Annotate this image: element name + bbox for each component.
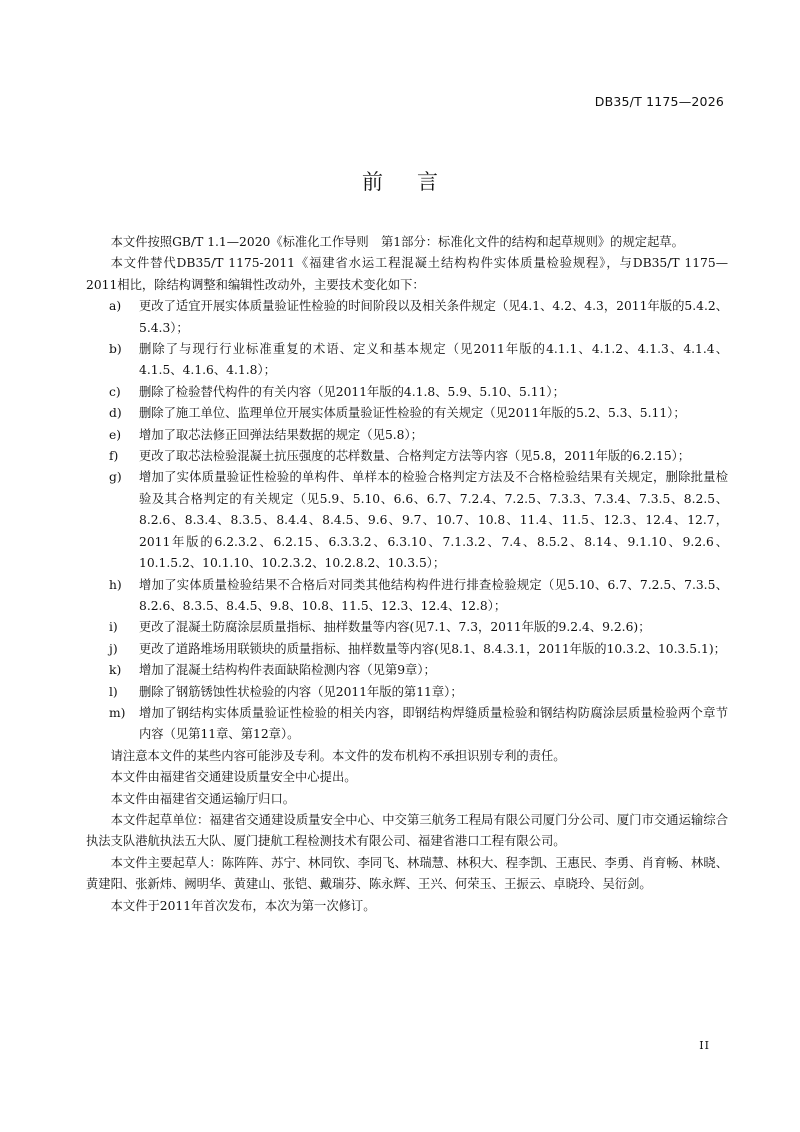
paragraph-drafting-units: 本文件起草单位：福建省交通建设质量安全中心、中交第三航务工程局有限公司厦门分公司…: [86, 810, 728, 853]
list-text: 增加了钢结构实体质量验证性检验的相关内容，即钢结构焊缝质量检验和钢结构防腐涂层质…: [139, 703, 728, 746]
list-text: 更改了道路堆场用联锁块的质量指标、抽样数量等内容(见8.1、8.4.3.1，20…: [139, 639, 728, 660]
paragraph-administrator: 本文件由福建省交通运输厅归口。: [86, 789, 728, 810]
changes-list: a)更改了适宜开展实体质量验证性检验的时间阶段以及相关条件规定（见4.1、4.2…: [86, 296, 728, 746]
list-marker: h): [109, 575, 139, 618]
list-item: e)增加了取芯法修正回弹法结果数据的规定（见5.8）；: [109, 425, 728, 446]
list-text: 增加了取芯法修正回弹法结果数据的规定（见5.8）；: [139, 425, 728, 446]
list-text: 增加了混凝土结构构件表面缺陷检测内容（见第9章）；: [139, 660, 728, 681]
list-text: 删除了与现行行业标准重复的术语、定义和基本规定（见2011年版的4.1.1、4.…: [139, 339, 728, 382]
paragraph-patent-notice: 请注意本文件的某些内容可能涉及专利。本文件的发布机构不承担识别专利的责任。: [86, 746, 728, 767]
paragraph-replacement: 本文件替代DB35/T 1175-2011《福建省水运工程混凝土结构构件实体质量…: [86, 253, 728, 296]
list-item: a)更改了适宜开展实体质量验证性检验的时间阶段以及相关条件规定（见4.1、4.2…: [109, 296, 728, 339]
list-marker: i): [109, 617, 139, 638]
list-text: 更改了取芯法检验混凝土抗压强度的芯样数量、合格判定方法等内容（见5.8，2011…: [139, 446, 728, 467]
page-title: 前言: [0, 166, 800, 196]
list-marker: d): [109, 403, 139, 424]
list-item: h)增加了实体质量检验结果不合格后对同类其他结构构件进行排查检验规定（见5.10…: [109, 575, 728, 618]
list-item: b)删除了与现行行业标准重复的术语、定义和基本规定（见2011年版的4.1.1、…: [109, 339, 728, 382]
paragraph-drafters: 本文件主要起草人：陈阵阵、苏宁、林同钦、李同飞、林瑞慧、林积大、程李凯、王惠民、…: [86, 853, 728, 896]
list-text: 更改了混凝土防腐涂层质量指标、抽样数量等内容(见7.1、7.3，2011年版的9…: [139, 617, 728, 638]
list-marker: a): [109, 296, 139, 339]
list-item: g)增加了实体质量验证性检验的单构件、单样本的检验合格判定方法及不合格检验结果有…: [109, 467, 728, 574]
list-marker: c): [109, 382, 139, 403]
list-text: 增加了实体质量检验结果不合格后对同类其他结构构件进行排查检验规定（见5.10、6…: [139, 575, 728, 618]
list-marker: e): [109, 425, 139, 446]
list-item: d)删除了施工单位、监理单位开展实体质量验证性检验的有关规定（见2011年版的5…: [109, 403, 728, 424]
list-marker: g): [109, 467, 139, 574]
foreword-body: 本文件按照GB/T 1.1—2020《标准化工作导则 第1部分：标准化文件的结构…: [86, 232, 728, 917]
list-text: 删除了钢筋锈蚀性状检验的内容（见2011年版的第11章）；: [139, 682, 728, 703]
list-text: 增加了实体质量验证性检验的单构件、单样本的检验合格判定方法及不合格检验结果有关规…: [139, 467, 728, 574]
list-item: m)增加了钢结构实体质量验证性检验的相关内容，即钢结构焊缝质量检验和钢结构防腐涂…: [109, 703, 728, 746]
page-number: II: [699, 1039, 710, 1052]
paragraph-proposer: 本文件由福建省交通建设质量安全中心提出。: [86, 767, 728, 788]
list-item: k)增加了混凝土结构构件表面缺陷检测内容（见第9章）；: [109, 660, 728, 681]
list-item: j)更改了道路堆场用联锁块的质量指标、抽样数量等内容(见8.1、8.4.3.1，…: [109, 639, 728, 660]
list-item: f)更改了取芯法检验混凝土抗压强度的芯样数量、合格判定方法等内容（见5.8，20…: [109, 446, 728, 467]
list-marker: k): [109, 660, 139, 681]
paragraph-drafting-rules: 本文件按照GB/T 1.1—2020《标准化工作导则 第1部分：标准化文件的结构…: [86, 232, 728, 253]
list-text: 更改了适宜开展实体质量验证性检验的时间阶段以及相关条件规定（见4.1、4.2、4…: [139, 296, 728, 339]
list-text: 删除了施工单位、监理单位开展实体质量验证性检验的有关规定（见2011年版的5.2…: [139, 403, 728, 424]
list-item: i)更改了混凝土防腐涂层质量指标、抽样数量等内容(见7.1、7.3，2011年版…: [109, 617, 728, 638]
list-marker: j): [109, 639, 139, 660]
list-text: 删除了检验替代构件的有关内容（见2011年版的4.1.8、5.9、5.10、5.…: [139, 382, 728, 403]
list-marker: b): [109, 339, 139, 382]
paragraph-publication-history: 本文件于2011年首次发布，本次为第一次修订。: [86, 896, 728, 917]
document-code: DB35/T 1175—2026: [595, 94, 724, 109]
list-marker: f): [109, 446, 139, 467]
list-item: l)删除了钢筋锈蚀性状检验的内容（见2011年版的第11章）；: [109, 682, 728, 703]
list-item: c)删除了检验替代构件的有关内容（见2011年版的4.1.8、5.9、5.10、…: [109, 382, 728, 403]
list-marker: m): [109, 703, 139, 746]
list-marker: l): [109, 682, 139, 703]
